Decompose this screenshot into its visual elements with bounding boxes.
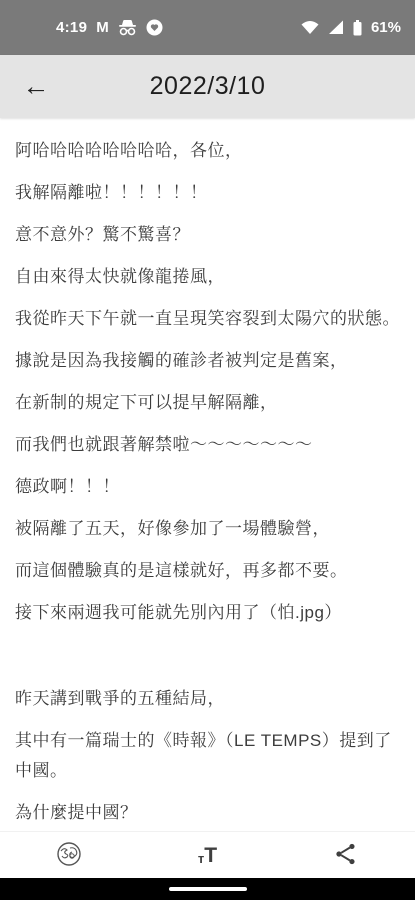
article-paragraph: 其中有一篇瑞士的《時報》（LE TEMPS）提到了中國。 bbox=[15, 726, 400, 786]
article-body[interactable]: 阿哈哈哈哈哈哈哈哈，各位，我解隔離啦！！！！！！意不意外？驚不驚喜？自由來得太快… bbox=[0, 118, 415, 831]
article-paragraph: 昨天講到戰爭的五種結局， bbox=[15, 684, 400, 714]
article-paragraph bbox=[15, 640, 400, 684]
article-paragraph: 阿哈哈哈哈哈哈哈哈，各位， bbox=[15, 136, 400, 166]
back-button[interactable]: ← bbox=[14, 55, 58, 118]
gesture-nav-bar bbox=[0, 878, 415, 900]
app-header: ← 2022/3/10 bbox=[0, 55, 415, 118]
back-arrow-icon: ← bbox=[23, 71, 50, 102]
status-bar-right: 61% bbox=[301, 19, 401, 36]
status-bar-left: 4:19 M bbox=[56, 19, 163, 36]
cellular-signal-icon bbox=[328, 20, 344, 35]
status-bar: 4:19 M bbox=[0, 0, 415, 55]
article-paragraph: 在新制的規定下可以提早解隔離， bbox=[15, 388, 400, 418]
text-size-button[interactable]: тT bbox=[138, 832, 276, 878]
battery-icon bbox=[353, 20, 362, 36]
article-paragraph: 為什麼提中國？ bbox=[15, 798, 400, 828]
article-paragraph: 被隔離了五天，好像參加了一場體驗營， bbox=[15, 514, 400, 544]
bottom-toolbar: тT bbox=[0, 831, 415, 878]
article-paragraph: 意不意外？驚不驚喜？ bbox=[15, 220, 400, 250]
share-icon bbox=[333, 841, 359, 870]
wifi-icon bbox=[301, 20, 319, 35]
article-paragraph: 而這個體驗真的是這樣就好，再多都不要。 bbox=[15, 556, 400, 586]
heart-circle-notification-icon bbox=[146, 19, 163, 36]
article-paragraph: 我解隔離啦！！！！！！ bbox=[15, 178, 400, 208]
article-paragraph: 自由來得太快就像龍捲風， bbox=[15, 262, 400, 292]
clock: 4:19 bbox=[56, 19, 87, 36]
incognito-icon bbox=[118, 19, 137, 36]
home-indicator-pill[interactable] bbox=[169, 887, 247, 891]
phone-screen: 4:19 M bbox=[0, 0, 415, 900]
doodle-globe-icon bbox=[54, 839, 84, 872]
article-paragraph: 我從昨天下午就一直呈現笑容裂到太陽穴的狀態。 bbox=[15, 304, 400, 334]
doodle-globe-button[interactable] bbox=[0, 832, 138, 878]
article-paragraph: 德政啊！！！ bbox=[15, 472, 400, 502]
battery-percent-label: 61% bbox=[371, 19, 401, 36]
article-paragraph: 而我們也就跟著解禁啦～～～～～～～ bbox=[15, 430, 400, 460]
gmail-notification-icon: M bbox=[96, 19, 109, 36]
article-paragraph: 接下來兩週我可能就先別內用了（怕.jpg） bbox=[15, 598, 400, 628]
article-paragraph: 據說是因為我接觸的確診者被判定是舊案， bbox=[15, 346, 400, 376]
text-size-icon: тT bbox=[198, 846, 217, 865]
page-title: 2022/3/10 bbox=[0, 72, 415, 101]
share-button[interactable] bbox=[277, 832, 415, 878]
